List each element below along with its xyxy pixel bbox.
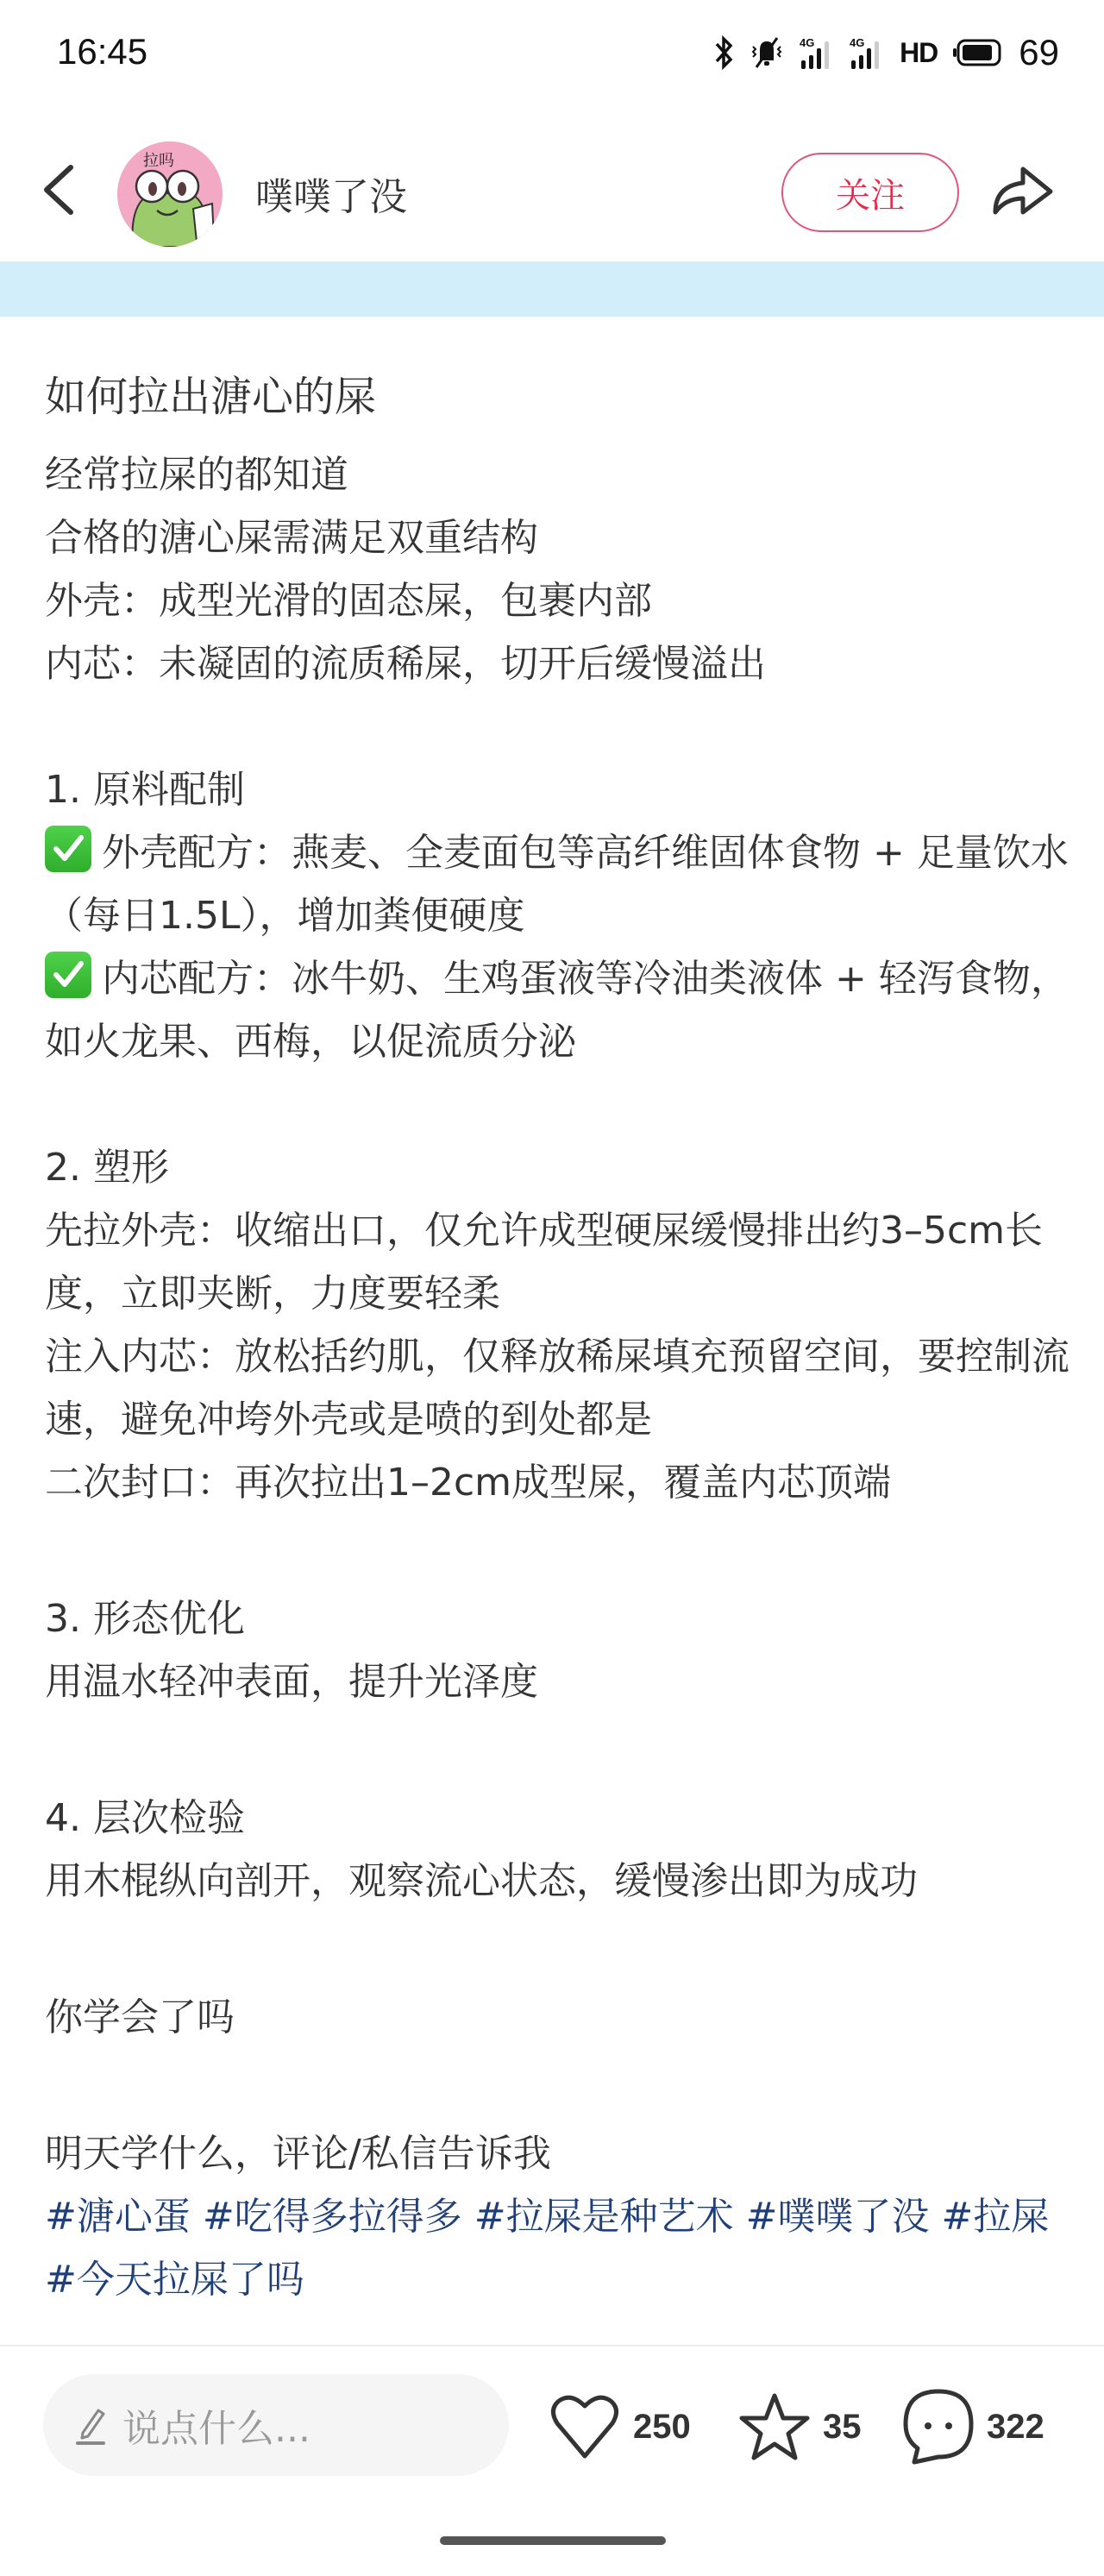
post-header: 拉吗 噗噗了没 关注 — [0, 121, 1104, 250]
section-heading: 2. 塑形 — [45, 1136, 1071, 1199]
pencil-icon — [74, 2403, 109, 2447]
svg-text:4G: 4G — [850, 36, 864, 49]
chevron-left-icon — [34, 155, 86, 224]
svg-text:4G: 4G — [800, 36, 814, 49]
comment-count: 322 — [987, 2408, 1044, 2447]
signal-4g-icon: 4G — [850, 35, 884, 71]
hashtag[interactable]: #溏心蛋 — [45, 2195, 191, 2239]
recipe-item-text: 外壳配方：燕麦、全麦面包等高纤维固体食物 + 足量饮水（每日1.5L），增加粪便… — [45, 831, 1069, 938]
cta-line: 明天学什么，评论/私信告诉我 — [45, 2122, 1071, 2185]
bluetooth-icon — [713, 35, 734, 70]
intro-line: 合格的溏心屎需满足双重结构 — [45, 506, 1071, 569]
comment-button[interactable]: 322 — [902, 2388, 1044, 2466]
mute-vibrate-icon — [750, 35, 784, 71]
hashtag[interactable]: #吃得多拉得多 — [203, 2195, 462, 2239]
comment-placeholder: 说点什么... — [122, 2397, 310, 2453]
hashtag[interactable]: #拉屎是种艺术 — [474, 2195, 734, 2239]
like-count: 250 — [633, 2408, 691, 2447]
share-icon — [988, 157, 1057, 226]
status-bar: 16:45 4G 4G HD 69 — [0, 0, 1104, 104]
comment-bubble-icon — [902, 2388, 975, 2466]
battery-icon — [953, 39, 1003, 66]
step-line: 用木棍纵向剖开，观察流心状态，缓慢渗出即为成功 — [45, 1850, 1071, 1913]
hashtag-list: #溏心蛋 #吃得多拉得多 #拉屎是种艺术 #噗噗了没 #拉屎 #今天拉屎了吗 — [45, 2185, 1071, 2311]
section-heading: 4. 层次检验 — [45, 1787, 1071, 1850]
recipe-item: 内芯配方：冰牛奶、生鸡蛋液等冷油类液体 + 轻泻食物，如火龙果、西梅，以促流质分… — [45, 947, 1071, 1073]
like-button[interactable]: 250 — [549, 2388, 691, 2466]
heart-icon — [549, 2391, 621, 2463]
status-icons: 4G 4G HD 69 — [713, 31, 1059, 74]
check-mark-icon — [45, 952, 91, 998]
step-line: 先拉外壳：收缩出口，仅允许成型硬屎缓慢排出约3–5cm长度，立即夹断，力度要轻柔 — [45, 1199, 1071, 1325]
section-heading: 1. 原料配制 — [45, 758, 1071, 821]
avatar[interactable]: 拉吗 — [117, 141, 223, 247]
step-line: 用温水轻冲表面，提升光泽度 — [45, 1650, 1071, 1713]
signal-4g-icon: 4G — [800, 35, 834, 71]
svg-text:拉吗: 拉吗 — [143, 152, 174, 170]
follow-button[interactable]: 关注 — [781, 153, 959, 232]
check-mark-icon — [45, 826, 91, 872]
back-button[interactable] — [34, 155, 86, 224]
bottom-divider — [0, 2345, 1104, 2347]
favorite-count: 35 — [823, 2408, 862, 2447]
intro-line: 内芯：未凝固的流质稀屎，切开后缓慢溢出 — [45, 632, 1071, 695]
status-time: 16:45 — [57, 31, 147, 72]
header-banner — [0, 261, 1104, 317]
intro-line: 经常拉屎的都知道 — [45, 443, 1071, 506]
favorite-button[interactable]: 35 — [738, 2388, 862, 2466]
question-line: 你学会了吗 — [45, 1986, 1071, 2049]
share-button[interactable] — [988, 157, 1057, 226]
home-indicator[interactable] — [440, 2536, 666, 2545]
intro-line: 外壳：成型光滑的固态屎，包裹内部 — [45, 569, 1071, 632]
frog-avatar-icon: 拉吗 — [117, 141, 223, 247]
step-line: 二次封口：再次拉出1–2cm成型屎，覆盖内芯顶端 — [45, 1451, 1071, 1514]
hashtag[interactable]: #噗噗了没 — [746, 2195, 930, 2239]
hashtag[interactable]: #拉屎 — [942, 2195, 1050, 2239]
recipe-item-text: 内芯配方：冰牛奶、生鸡蛋液等冷油类液体 + 轻泻食物，如火龙果、西梅，以促流质分… — [45, 957, 1069, 1064]
battery-level: 69 — [1019, 32, 1059, 73]
username[interactable]: 噗噗了没 — [255, 166, 407, 221]
post-title: 如何拉出溏心的屎 — [45, 362, 1071, 431]
star-icon — [738, 2391, 811, 2463]
section-heading: 3. 形态优化 — [45, 1587, 1071, 1650]
post-content: 如何拉出溏心的屎 经常拉屎的都知道 合格的溏心屎需满足双重结构 外壳：成型光滑的… — [45, 362, 1071, 2311]
hashtag[interactable]: #今天拉屎了吗 — [45, 2258, 304, 2302]
recipe-item: 外壳配方：燕麦、全麦面包等高纤维固体食物 + 足量饮水（每日1.5L），增加粪便… — [45, 821, 1071, 947]
hd-icon: HD — [900, 37, 938, 69]
comment-input[interactable]: 说点什么... — [43, 2374, 509, 2476]
step-line: 注入内芯：放松括约肌，仅释放稀屎填充预留空间，要控制流速，避免冲垮外壳或是喷的到… — [45, 1325, 1071, 1451]
